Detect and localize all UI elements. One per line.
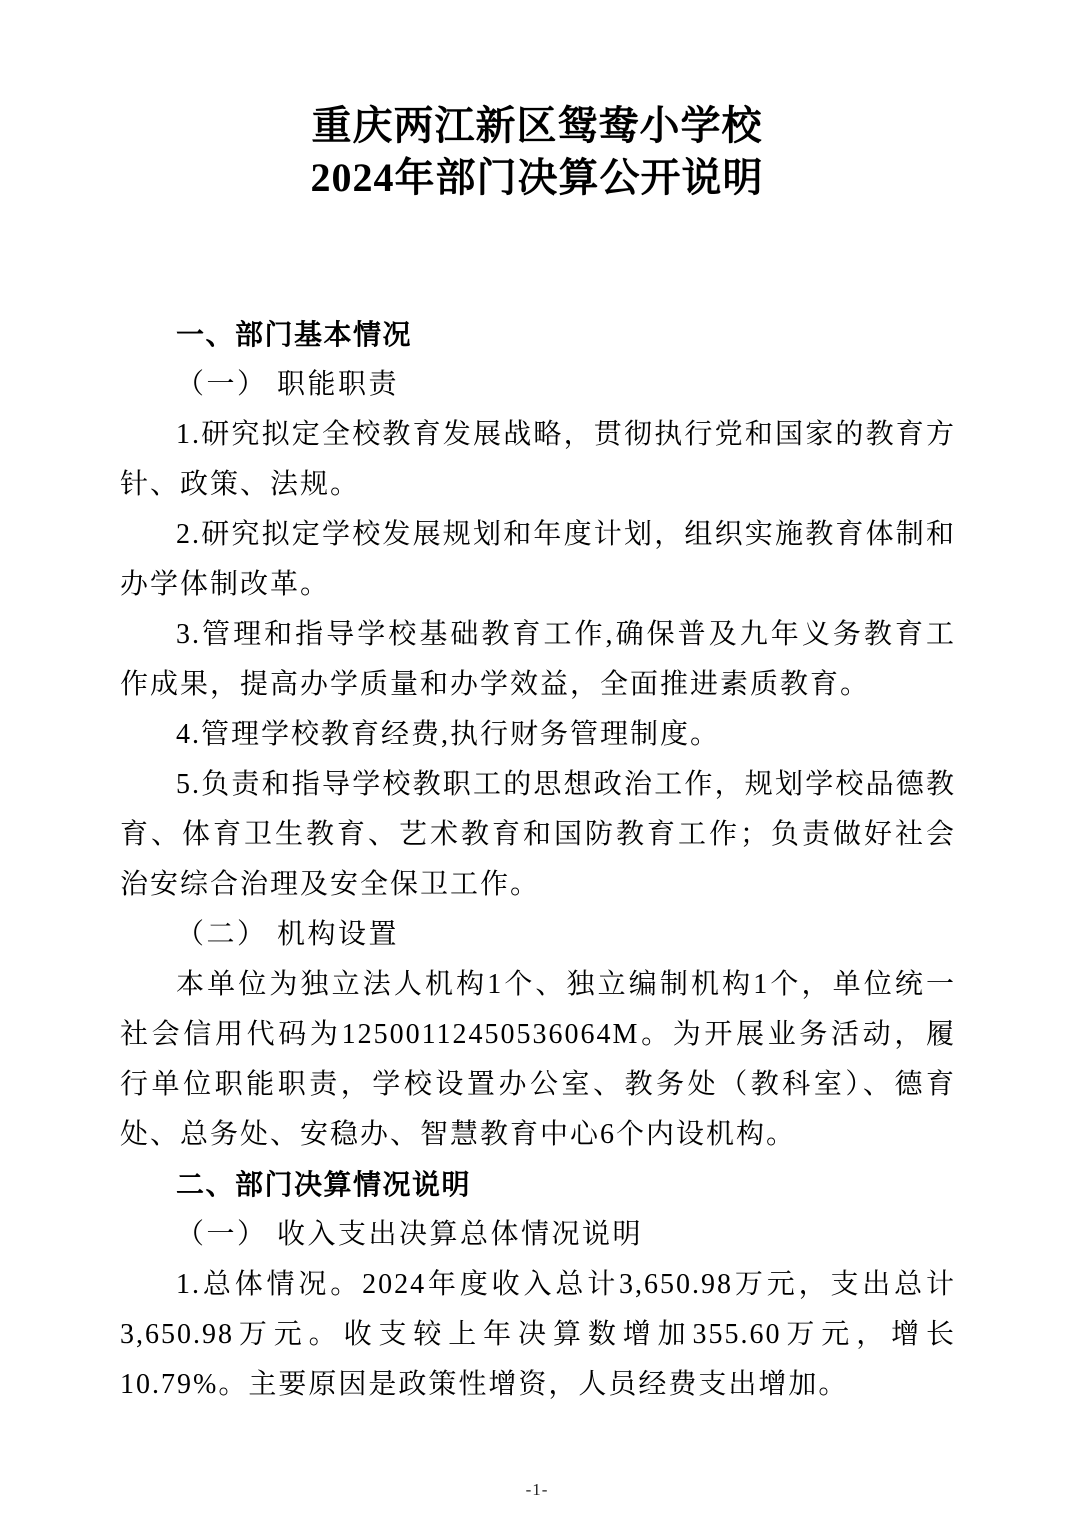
- section-heading-1: 一、部门基本情况: [120, 310, 956, 360]
- subsection-heading-overview: （一） 收入支出决算总体情况说明: [120, 1210, 956, 1260]
- paragraph-duty-4: 4.管理学校教育经费,执行财务管理制度。: [120, 710, 956, 760]
- document-title: 重庆两江新区鸳鸯小学校 2024年部门决算公开说明: [0, 0, 1074, 204]
- paragraph-overview: 1.总体情况。2024年度收入总计3,650.98万元，支出总计3,650.98…: [120, 1260, 956, 1410]
- document-body: 一、部门基本情况 （一） 职能职责 1.研究拟定全校教育发展战略，贯彻执行党和国…: [120, 310, 956, 1410]
- paragraph-structure: 本单位为独立法人机构1个、独立编制机构1个，单位统一社会信用代码为1250011…: [120, 960, 956, 1160]
- subsection-heading-duties: （一） 职能职责: [120, 360, 956, 410]
- paragraph-duty-5: 5.负责和指导学校教职工的思想政治工作，规划学校品德教育、体育卫生教育、艺术教育…: [120, 760, 956, 910]
- paragraph-duty-2: 2.研究拟定学校发展规划和年度计划，组织实施教育体制和办学体制改革。: [120, 510, 956, 610]
- paragraph-duty-3: 3.管理和指导学校基础教育工作,确保普及九年义务教育工作成果，提高办学质量和办学…: [120, 610, 956, 710]
- document-title-line1: 重庆两江新区鸳鸯小学校: [0, 100, 1074, 152]
- page-number: -1-: [0, 1480, 1074, 1500]
- document-page: 重庆两江新区鸳鸯小学校 2024年部门决算公开说明 一、部门基本情况 （一） 职…: [0, 0, 1074, 1520]
- document-title-line2: 2024年部门决算公开说明: [0, 152, 1074, 204]
- section-heading-2: 二、部门决算情况说明: [120, 1160, 956, 1210]
- paragraph-duty-1: 1.研究拟定全校教育发展战略，贯彻执行党和国家的教育方针、政策、法规。: [120, 410, 956, 510]
- subsection-heading-structure: （二） 机构设置: [120, 910, 956, 960]
